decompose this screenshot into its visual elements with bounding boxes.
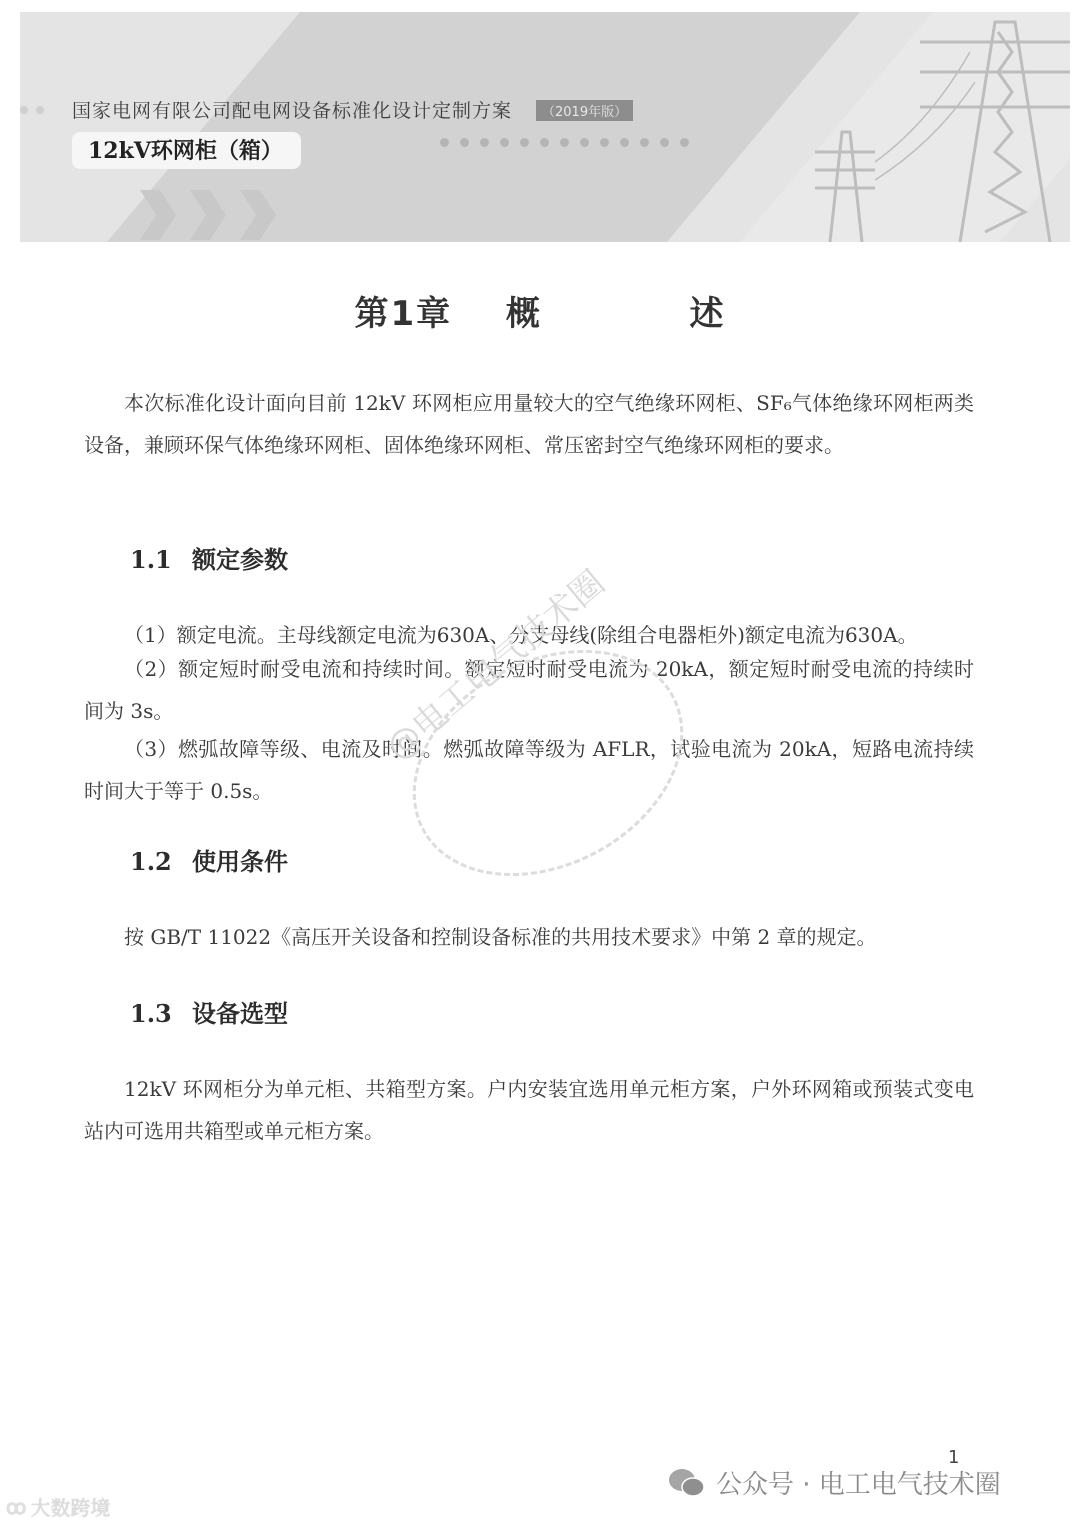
header-banner: 国家电网有限公司配电网设备标准化设计定制方案 （2019年版） 12kV环网柜（… [20, 12, 1070, 242]
section-heading-1-1: 1.1额定参数 [130, 540, 288, 575]
section-1-3-paragraph: 12kV 环网柜分为单元柜、共箱型方案。户内安装宜选用单元柜方案，户外环网箱或预… [84, 1068, 974, 1152]
chapter-title-part2: 述 [690, 294, 726, 334]
edition-badge: （2019年版） [536, 100, 633, 121]
power-tower-icon [770, 12, 1070, 242]
section-1-2-paragraph: 按 GB/T 11022《高压开关设备和控制设备标准的共用技术要求》中第 2 章… [84, 916, 974, 958]
section-heading-1-3: 1.3设备选型 [130, 994, 288, 1029]
chevron-arrows-icon [140, 190, 276, 240]
intro-paragraph: 本次标准化设计面向目前 12kV 环网柜应用量较大的空气绝缘环网柜、SF₆气体绝… [84, 382, 974, 466]
source-logo: ꝏ 大数跨境 [6, 1492, 110, 1521]
chapter-heading: 第1章 概 述 [0, 286, 1080, 335]
section-heading-1-2: 1.2使用条件 [130, 842, 288, 877]
wechat-icon [668, 1467, 706, 1499]
banner-dots-left [20, 106, 44, 114]
logo-icon: ꝏ [6, 1495, 26, 1519]
chapter-title-part1: 概 [506, 294, 542, 334]
banner-dots-right [440, 138, 689, 147]
wechat-attribution: 公众号 · 电工电气技术圈 [668, 1464, 1001, 1501]
volume-title: 12kV环网柜（箱） [72, 132, 301, 169]
chapter-label: 第1章 [354, 294, 452, 334]
series-title: 国家电网有限公司配电网设备标准化设计定制方案 [72, 96, 512, 123]
wechat-account-label: 公众号 · 电工电气技术圈 [716, 1464, 1001, 1501]
